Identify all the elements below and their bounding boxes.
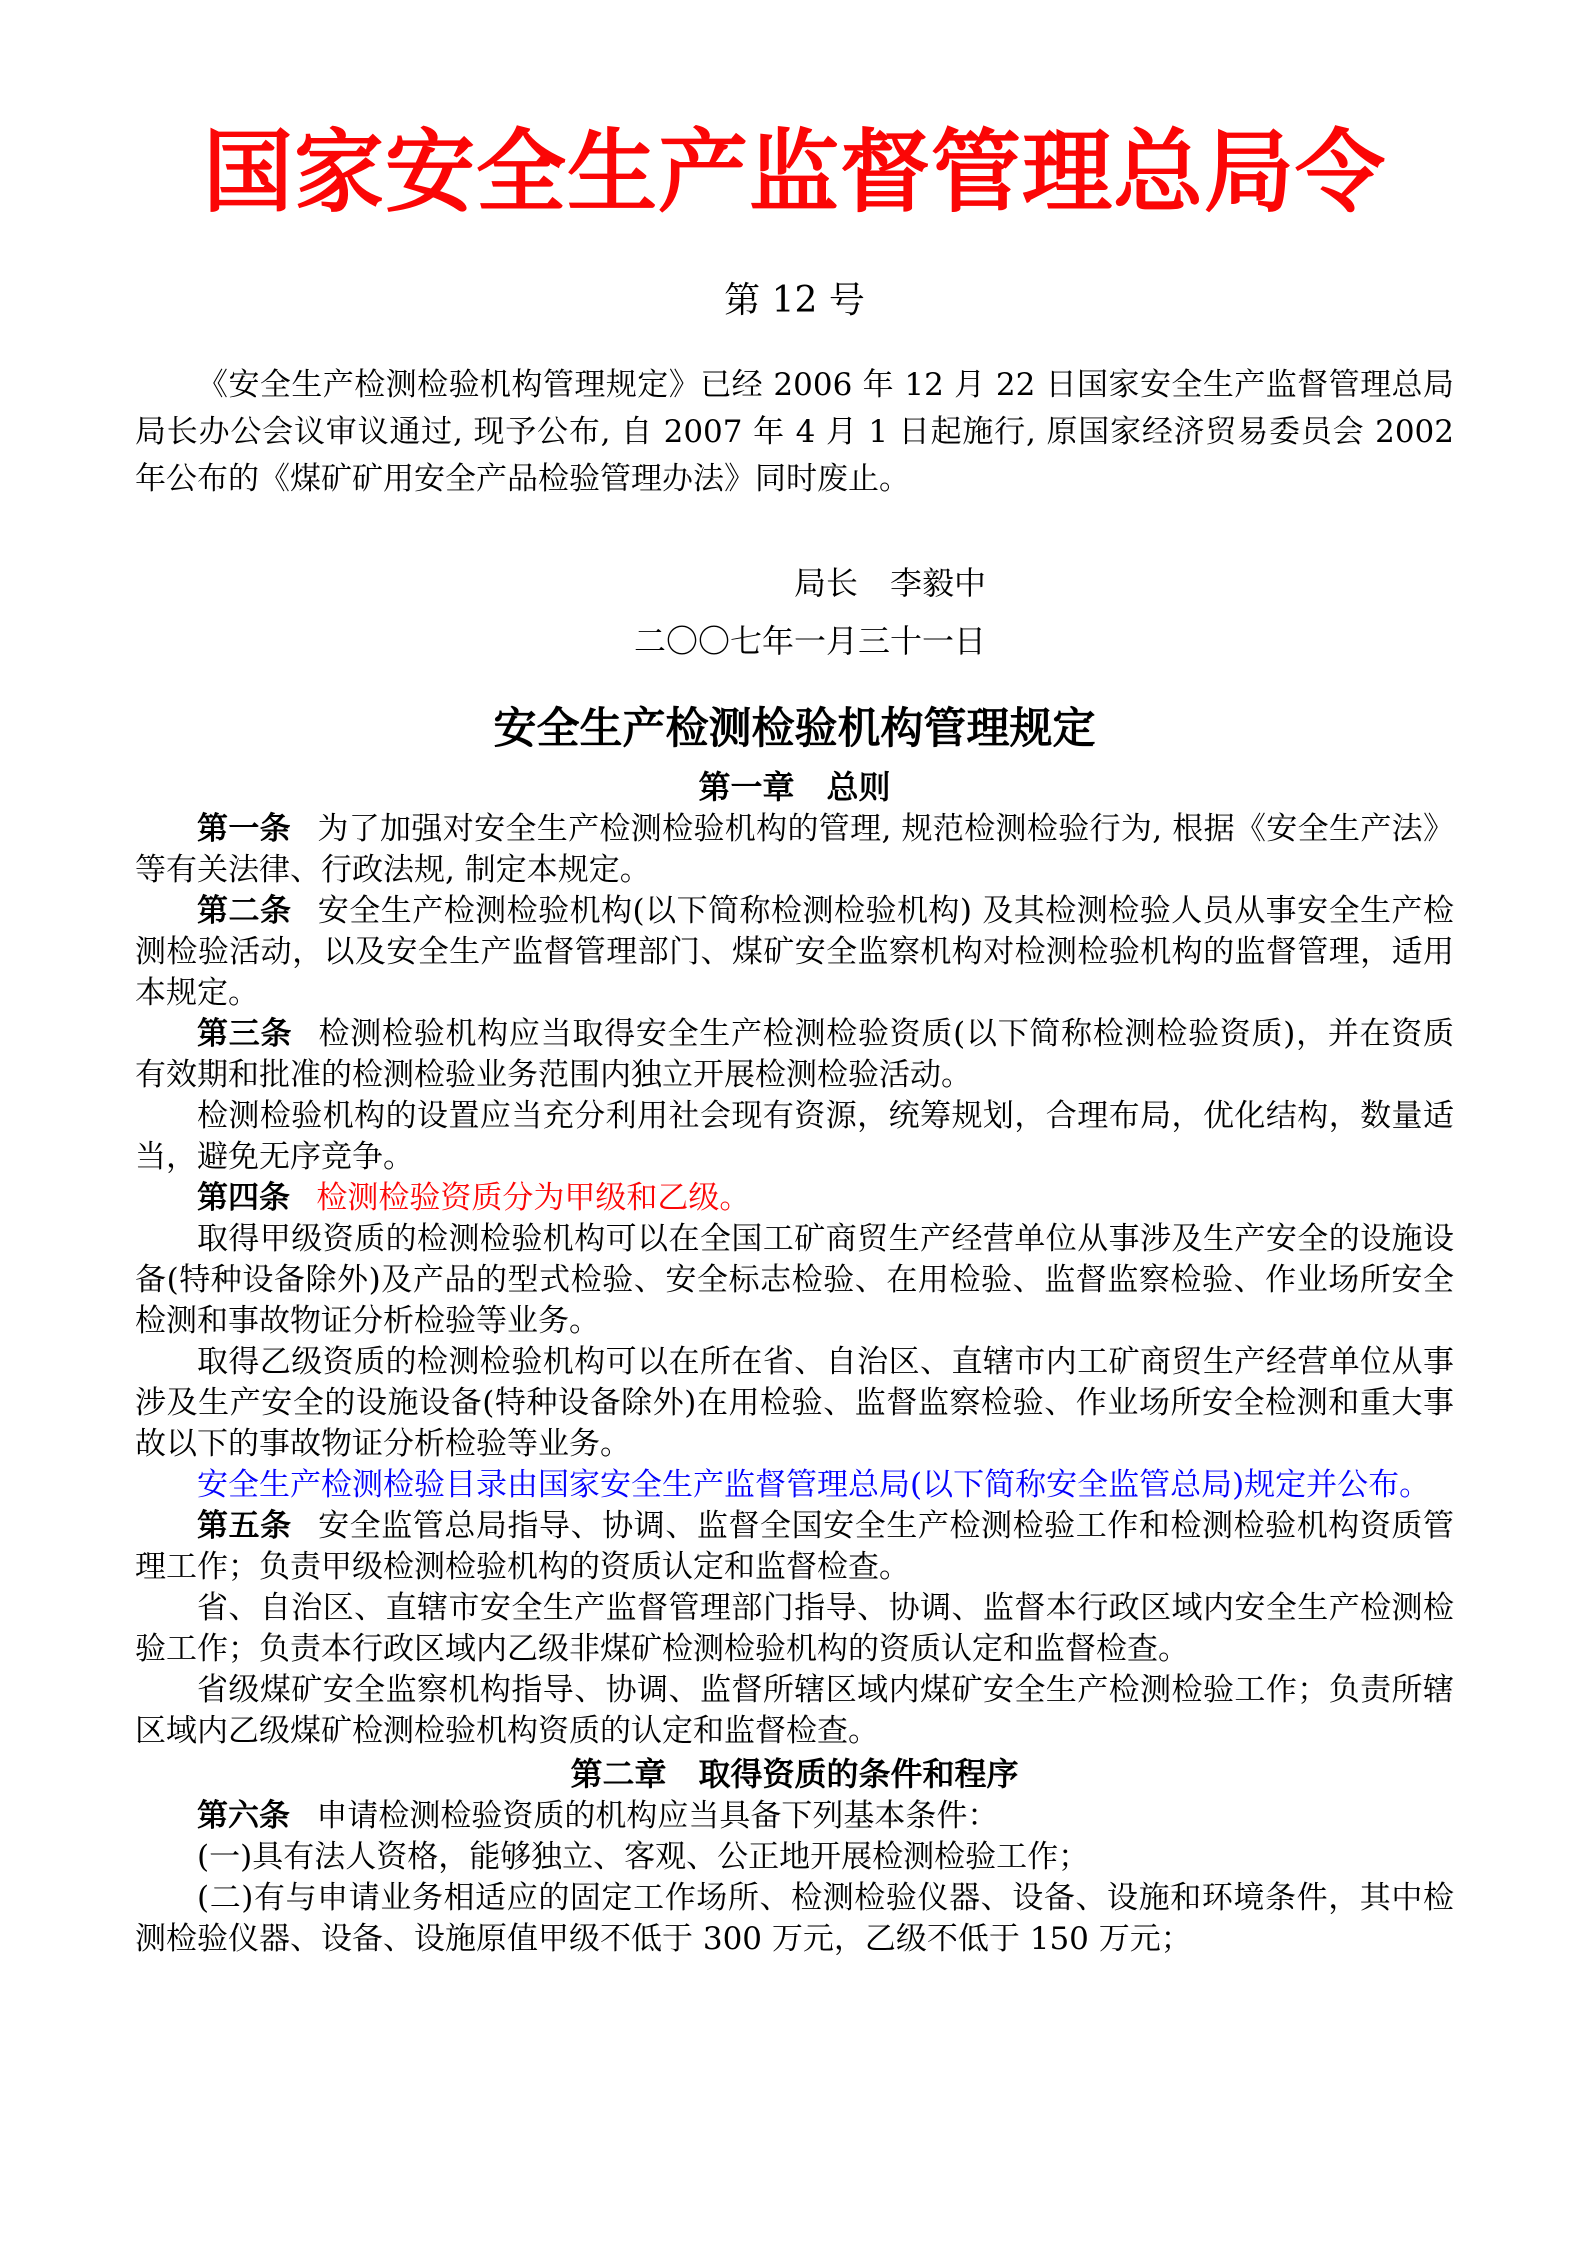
body-paragraph: (二)有与申请业务相适应的固定工作场所、检测检验仪器、设备、设施和环境条件，其中… bbox=[135, 1878, 1454, 1960]
paragraph-text: 第二章 取得资质的条件和程序 bbox=[570, 1755, 1018, 1793]
body-paragraph: 省级煤矿安全监察机构指导、协调、监督所辖区域内煤矿安全生产检测检验工作；负责所辖… bbox=[135, 1670, 1454, 1752]
article-paragraph: 第五条安全监管总局指导、协调、监督全国安全生产检测检验工作和检测检验机构资质管理… bbox=[135, 1506, 1454, 1588]
article-label: 第一条 bbox=[197, 811, 291, 847]
article-label: 第四条 bbox=[197, 1180, 290, 1216]
paragraph-text: 为了加强对安全生产检测检验机构的管理, 规范检测检验行为, 根据《安全生产法》等… bbox=[135, 811, 1454, 888]
preamble-paragraph: 《安全生产检测检验机构管理规定》已经 2006 年 12 月 22 日国家安全生… bbox=[135, 362, 1454, 503]
order-number: 第 12 号 bbox=[135, 279, 1454, 322]
signature-date: 二〇〇七年一月三十一日 bbox=[135, 619, 1454, 663]
chapter-heading: 第一章 总则 bbox=[135, 765, 1454, 809]
paragraph-text: (一)具有法人资格，能够独立、客观、公正地开展检测检验工作； bbox=[197, 1839, 1089, 1875]
article-paragraph: 第六条申请检测检验资质的机构应当具备下列基本条件： bbox=[135, 1796, 1454, 1837]
paragraph-text: 省、自治区、直辖市安全生产监督管理部门指导、协调、监督本行政区域内安全生产检测检… bbox=[135, 1590, 1454, 1667]
article-paragraph: 第二条安全生产检测检验机构(以下简称检测检验机构) 及其检测检验人员从事安全生产… bbox=[135, 891, 1454, 1014]
paragraph-text: 申请检测检验资质的机构应当具备下列基本条件： bbox=[316, 1798, 998, 1834]
paragraph-text: 第一章 总则 bbox=[698, 768, 890, 806]
article-label: 第六条 bbox=[197, 1798, 290, 1834]
article-paragraph: 第一条为了加强对安全生产检测检验机构的管理, 规范检测检验行为, 根据《安全生产… bbox=[135, 809, 1454, 891]
paragraph-text: 检测检验机构应当取得安全生产检测检验资质(以下简称检测检验资质)，并在资质有效期… bbox=[135, 1016, 1454, 1093]
article-paragraph: 第三条检测检验机构应当取得安全生产检测检验资质(以下简称检测检验资质)，并在资质… bbox=[135, 1014, 1454, 1096]
paragraph-text: 检测检验资质分为甲级和乙级。 bbox=[316, 1180, 750, 1216]
body-paragraph: (一)具有法人资格，能够独立、客观、公正地开展检测检验工作； bbox=[135, 1837, 1454, 1878]
paragraph-text: 安全生产检测检验机构(以下简称检测检验机构) 及其检测检验人员从事安全生产检测检… bbox=[135, 893, 1454, 1011]
paragraph-text: (二)有与申请业务相适应的固定工作场所、检测检验仪器、设备、设施和环境条件，其中… bbox=[135, 1880, 1454, 1957]
article-paragraph: 第四条检测检验资质分为甲级和乙级。 bbox=[135, 1178, 1454, 1219]
article-label: 第五条 bbox=[197, 1508, 292, 1544]
paragraph-text: 取得甲级资质的检测检验机构可以在全国工矿商贸生产经营单位从事涉及生产安全的设施设… bbox=[135, 1221, 1454, 1339]
regulation-title: 安全生产检测检验机构管理规定 bbox=[135, 703, 1454, 757]
body-paragraph: 检测检验机构的设置应当充分利用社会现有资源，统筹规划，合理布局，优化结构，数量适… bbox=[135, 1096, 1454, 1178]
article-label: 第二条 bbox=[197, 893, 291, 929]
paragraph-text: 安全生产检测检验目录由国家安全生产监督管理总局(以下简称安全监管总局)规定并公布… bbox=[197, 1467, 1430, 1503]
decree-title: 国家安全生产监督管理总局令 bbox=[135, 122, 1454, 223]
paragraph-text: 安全监管总局指导、协调、监督全国安全生产检测检验工作和检测检验机构资质管理工作；… bbox=[135, 1508, 1454, 1585]
chapter-heading: 第二章 取得资质的条件和程序 bbox=[135, 1752, 1454, 1796]
body-paragraph: 省、自治区、直辖市安全生产监督管理部门指导、协调、监督本行政区域内安全生产检测检… bbox=[135, 1588, 1454, 1670]
paragraph-text: 省级煤矿安全监察机构指导、协调、监督所辖区域内煤矿安全生产检测检验工作；负责所辖… bbox=[135, 1672, 1454, 1749]
article-label: 第三条 bbox=[197, 1016, 292, 1052]
paragraph-text: 取得乙级资质的检测检验机构可以在所在省、自治区、直辖市内工矿商贸生产经营单位从事… bbox=[135, 1344, 1454, 1462]
paragraph-text: 检测检验机构的设置应当充分利用社会现有资源，统筹规划，合理布局，优化结构，数量适… bbox=[135, 1098, 1454, 1175]
body-paragraph: 取得乙级资质的检测检验机构可以在所在省、自治区、直辖市内工矿商贸生产经营单位从事… bbox=[135, 1342, 1454, 1465]
body-paragraph: 取得甲级资质的检测检验机构可以在全国工矿商贸生产经营单位从事涉及生产安全的设施设… bbox=[135, 1219, 1454, 1342]
document-body: 第一章 总则第一条为了加强对安全生产检测检验机构的管理, 规范检测检验行为, 根… bbox=[135, 765, 1454, 1960]
body-paragraph: 安全生产检测检验目录由国家安全生产监督管理总局(以下简称安全监管总局)规定并公布… bbox=[135, 1465, 1454, 1506]
signer-line: 局长 李毅中 bbox=[135, 561, 1454, 605]
document-page: 国家安全生产监督管理总局令 第 12 号 《安全生产检测检验机构管理规定》已经 … bbox=[0, 0, 1587, 2245]
